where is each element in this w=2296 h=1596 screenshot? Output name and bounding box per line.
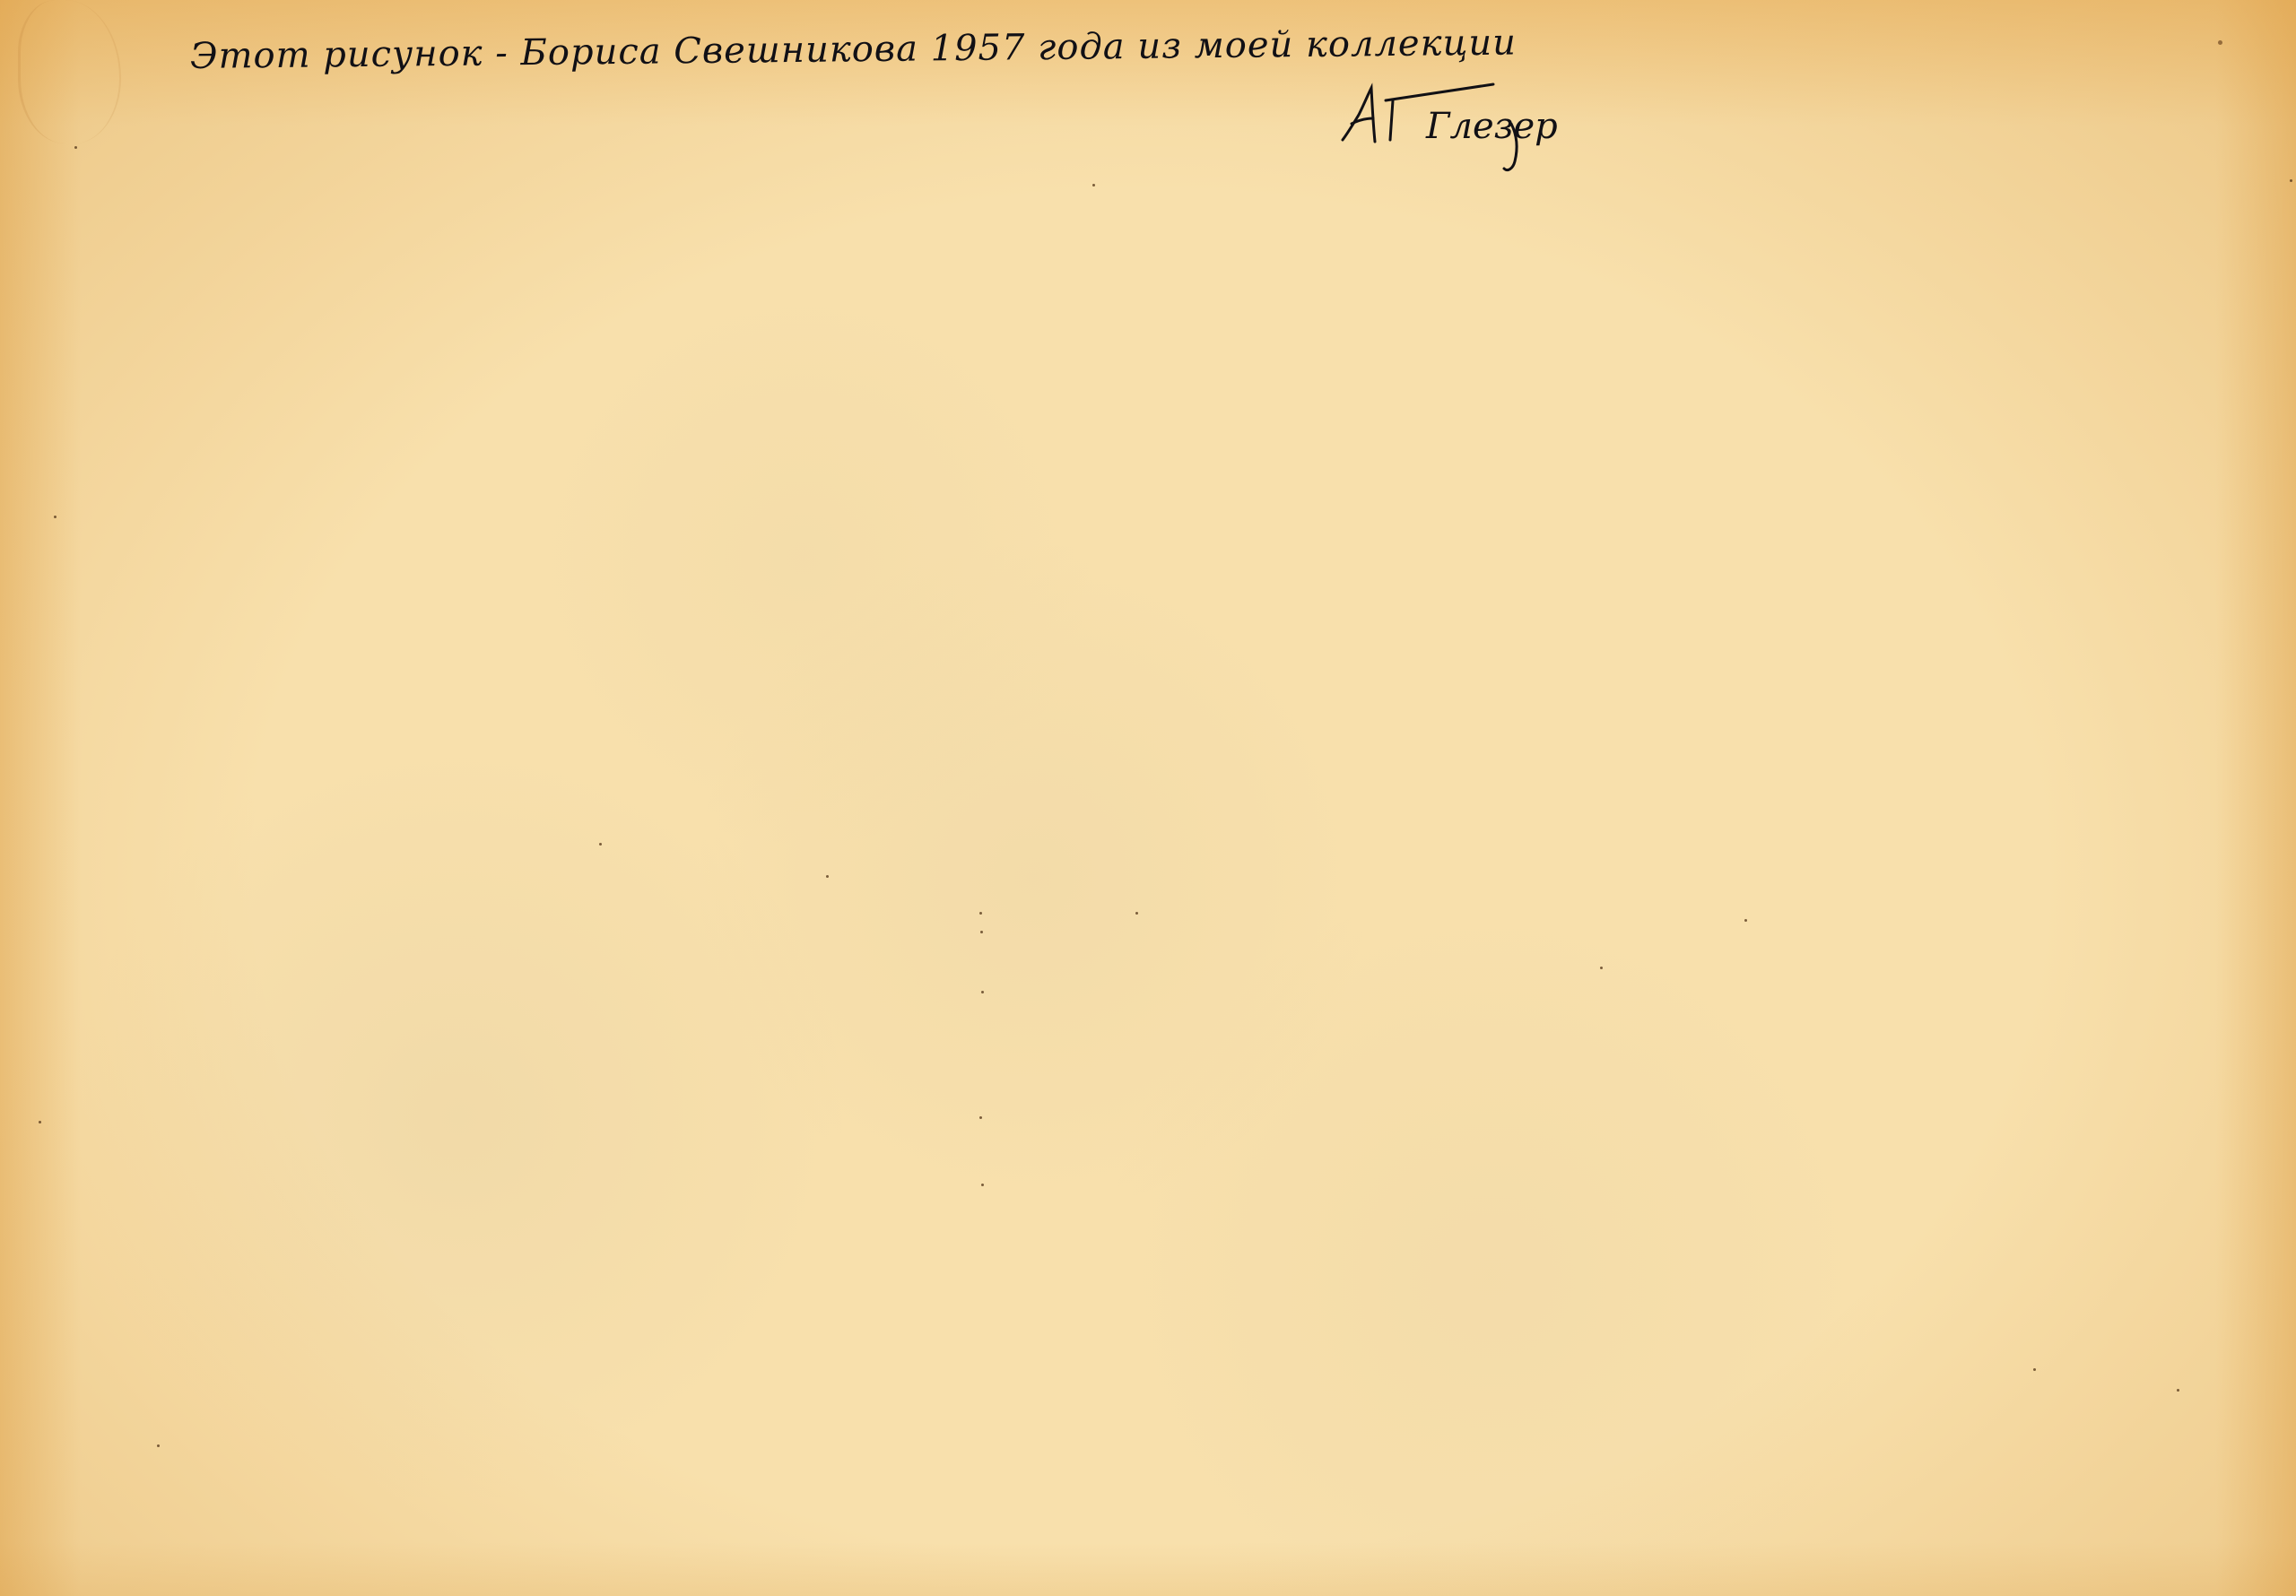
handwritten-inscription: Этот рисунок - Бориса Свешникова 1957 го… [190,22,1517,77]
foxing-speck [2177,1389,2179,1392]
foxing-speck [981,991,984,993]
foxing-speck [1600,967,1603,969]
foxing-speck [1135,912,1138,915]
foxing-speck [826,875,829,878]
foxing-speck [981,1184,984,1186]
foxing-speck [2033,1368,2036,1371]
foxing-speck [157,1444,160,1447]
foxing-speck [2290,179,2292,182]
foxing-speck [1092,184,1095,186]
foxing-speck [979,912,982,915]
collector-signature: Глезер [1341,79,1565,178]
foxing-speck [74,146,77,149]
foxing-speck [599,843,602,846]
paper-texture [0,0,2296,1596]
foxing-speck [54,516,57,518]
foxing-speck [2218,40,2222,45]
foxing-speck [979,1116,982,1119]
signature-surname: Глезер [1426,106,1558,147]
foxing-speck [1744,919,1747,922]
paper-sheet: Этот рисунок - Бориса Свешникова 1957 го… [0,0,2296,1596]
foxing-speck [39,1121,41,1123]
water-stain [18,0,121,143]
foxing-speck [980,931,983,933]
